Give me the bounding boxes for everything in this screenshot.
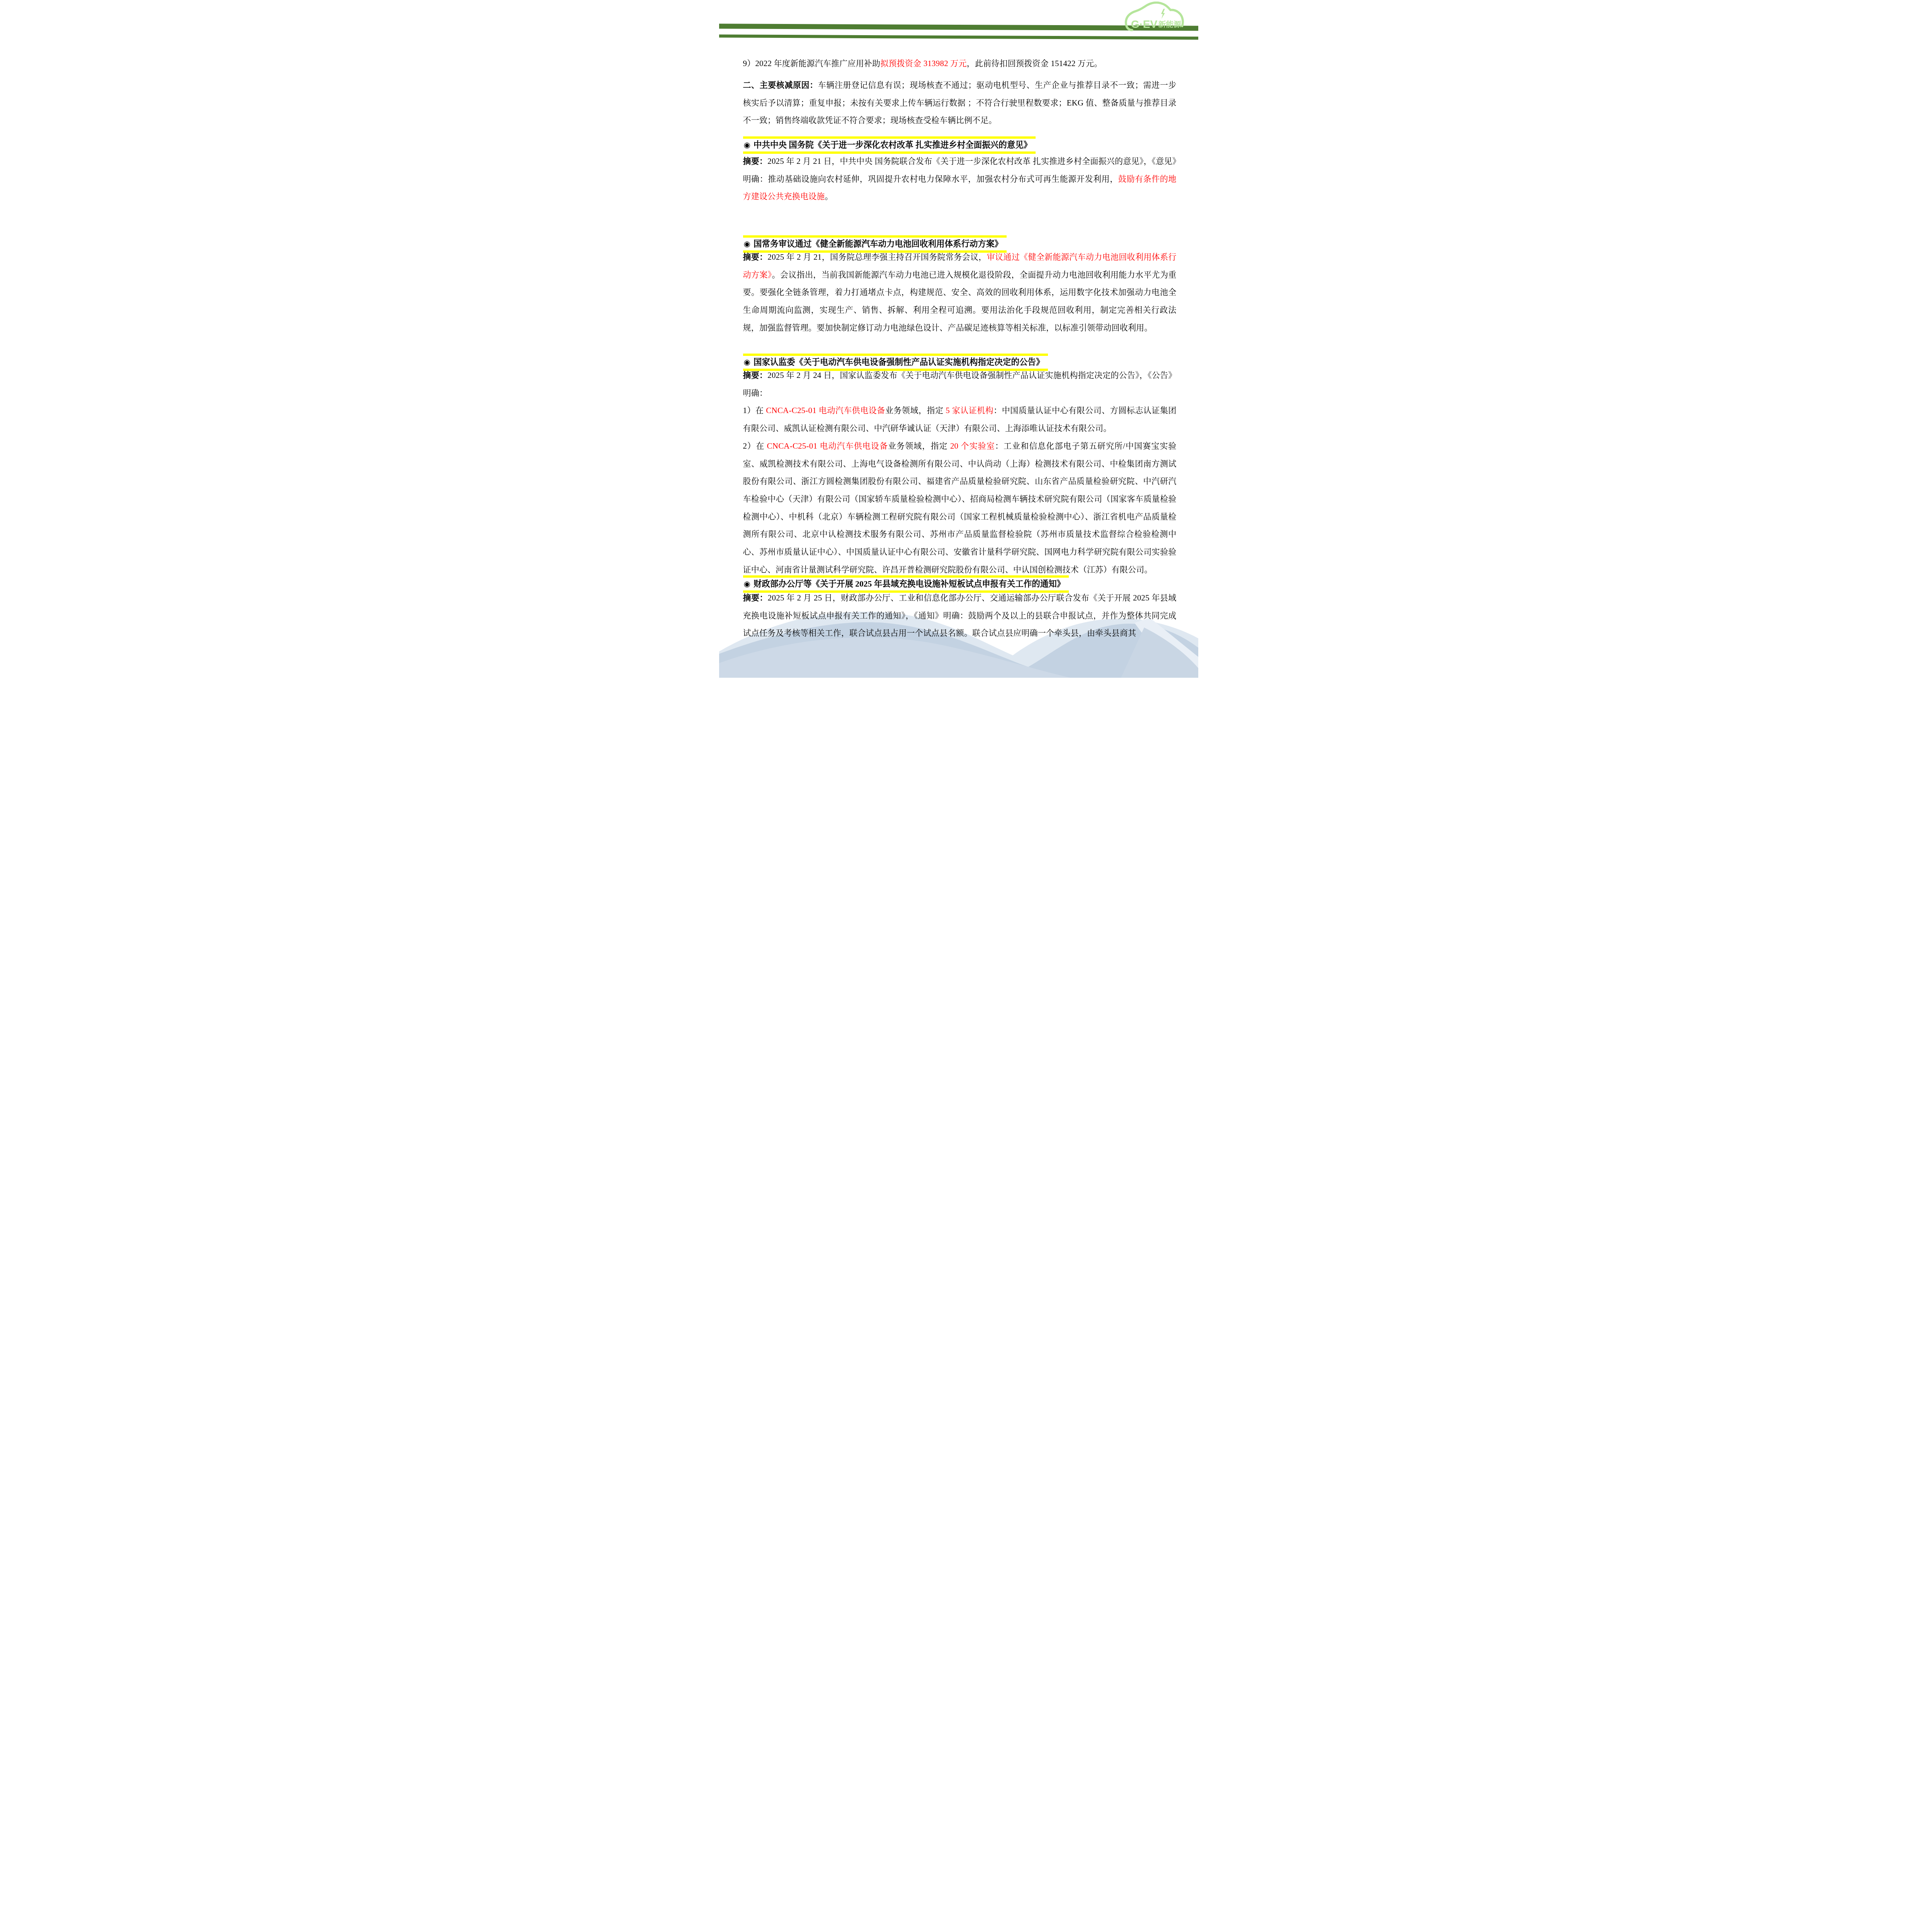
section-bullet-icon: ◉ (744, 357, 750, 367)
section-bullet-icon: ◉ (744, 579, 750, 589)
headline-text: 国家认监委《关于电动汽车供电设备强制性产品认证实施机构指定决定的公告》 (754, 357, 1044, 367)
text-segment-red: CNCA-C25-01 电动汽车供电设备 (766, 406, 885, 415)
reduction-reasons-paragraph: 二、主要核减原因：车辆注册登记信息有误；现场核查不通过；驱动电机型号、生产企业与… (743, 77, 1177, 129)
newsletter-page: G·EV 新能源 9）2022 年度新能源汽车推广应用补助拟预拨资金 31398… (719, 0, 1198, 678)
gev-car-logo-icon: G·EV 新能源 (1123, 2, 1185, 32)
text-segment-normal: ：工业和信息化部电子第五研究所/中国赛宝实验室、威凯检测技术有限公司、上海电气设… (743, 441, 1177, 574)
logo-text-gev: G·EV (1131, 18, 1157, 30)
text-segment-bold: 摘要： (743, 156, 768, 166)
lightning-icon (1161, 9, 1165, 19)
paragraph-text: 摘要：2025 年 2 月 21 日，中共中央 国务院联合发布《关于进一步深化农… (743, 153, 1177, 206)
headline-text: 国常务审议通过《健全新能源汽车动力电池回收利用体系行动方案》 (754, 239, 1003, 248)
text-segment-normal: 9）2022 年度新能源汽车推广应用补助 (743, 59, 881, 68)
text-segment-bold: 摘要： (743, 593, 768, 602)
text-segment-normal: 业务领域，指定 (888, 441, 950, 451)
text-segment-normal: 。 (825, 192, 833, 201)
text-segment-normal: 2）在 (743, 441, 767, 451)
gev-logo: G·EV 新能源 (1123, 2, 1185, 32)
paragraph-text: 二、主要核减原因：车辆注册登记信息有误；现场核查不通过；驱动电机型号、生产企业与… (743, 77, 1177, 129)
subsidy-funds-paragraph: 9）2022 年度新能源汽车推广应用补助拟预拨资金 313982 万元，此前待扣… (743, 55, 1177, 73)
text-segment-normal: 1）在 (743, 406, 766, 415)
paragraph-text: 摘要：2025 年 2 月 24 日，国家认监委发布《关于电动汽车供电设备强制性… (743, 367, 1177, 402)
laboratories-item: 2）在 CNCA-C25-01 电动汽车供电设备业务领域，指定 20 个实验室：… (743, 437, 1177, 579)
certification-bodies-item: 1）在 CNCA-C25-01 电动汽车供电设备业务领域，指定 5 家认证机构：… (743, 402, 1177, 437)
summary-rural-reform: 摘要：2025 年 2 月 21 日，中共中央 国务院联合发布《关于进一步深化农… (743, 153, 1177, 206)
summary-cnca-certification: 摘要：2025 年 2 月 24 日，国家认监委发布《关于电动汽车供电设备强制性… (743, 367, 1177, 578)
top-rule-thin (719, 34, 1198, 39)
text-segment-normal: 2025 年 2 月 24 日，国家认监委发布《关于电动汽车供电设备强制性产品认… (743, 371, 1177, 398)
text-segment-red: CNCA-C25-01 电动汽车供电设备 (767, 441, 888, 451)
paragraph-text: 摘要：2025 年 2 月 21，国务院总理李强主持召开国务院常务会议，审议通过… (743, 248, 1177, 337)
headline-text: 中共中央 国务院《关于进一步深化农村改革 扎实推进乡村全面振兴的意见》 (754, 140, 1032, 150)
summary-battery-recycling: 摘要：2025 年 2 月 21，国务院总理李强主持召开国务院常务会议，审议通过… (743, 248, 1177, 337)
text-segment-normal: 。会议指出，当前我国新能源汽车动力电池已进入规模化退役阶段，全面提升动力电池回收… (743, 270, 1177, 332)
text-segment-bold: 摘要： (743, 371, 768, 380)
paragraph-text: 9）2022 年度新能源汽车推广应用补助拟预拨资金 313982 万元，此前待扣… (743, 55, 1177, 73)
text-segment-bold: 二、主要核减原因： (743, 80, 818, 90)
text-segment-red: 5 家认证机构 (946, 406, 993, 415)
summary-county-charging-pilot: 摘要：2025 年 2 月 25 日，财政部办公厅、工业和信息化部办公厅、交通运… (743, 589, 1177, 642)
section-bullet-icon: ◉ (744, 239, 750, 249)
headline-rural-reform: ◉中共中央 国务院《关于进一步深化农村改革 扎实推进乡村全面振兴的意见》 (743, 136, 1177, 154)
text-segment-normal: 业务领域，指定 (885, 406, 946, 415)
highlighted-headline: ◉中共中央 国务院《关于进一步深化农村改革 扎实推进乡村全面振兴的意见》 (743, 136, 1036, 154)
text-segment-normal: 2025 年 2 月 21 日，中共中央 国务院联合发布《关于进一步深化农村改革… (743, 156, 1177, 184)
section-bullet-icon: ◉ (744, 140, 750, 150)
text-segment-bold: 摘要： (743, 252, 768, 262)
text-segment-red: 拟预拨资金 313982 万元 (880, 59, 967, 68)
paragraph-text: 摘要：2025 年 2 月 25 日，财政部办公厅、工业和信息化部办公厅、交通运… (743, 589, 1177, 642)
text-segment-normal: 2025 年 2 月 25 日，财政部办公厅、工业和信息化部办公厅、交通运输部办… (743, 593, 1177, 638)
text-segment-normal: ，此前待扣回预拨资金 151422 万元。 (967, 59, 1102, 68)
text-segment-red: 20 个实验室 (950, 441, 995, 451)
text-segment-normal: 2025 年 2 月 21，国务院总理李强主持召开国务院常务会议， (768, 252, 987, 262)
logo-text-cn: 新能源 (1158, 20, 1182, 29)
headline-text: 财政部办公厅等《关于开展 2025 年县域充换电设施补短板试点申报有关工作的通知… (754, 579, 1065, 588)
